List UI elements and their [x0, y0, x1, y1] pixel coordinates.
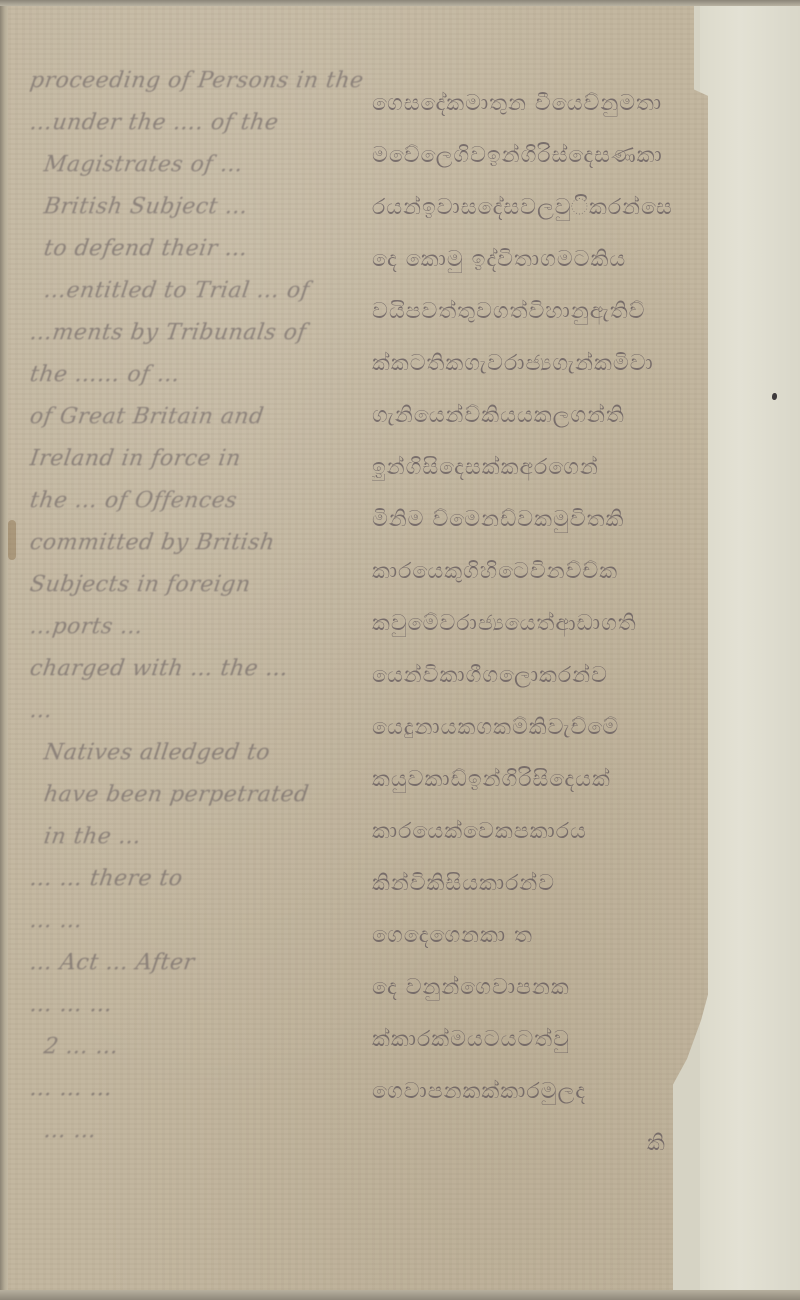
sinhala-line: ගෙදෙගෙනකා ත [372, 910, 722, 962]
sinhala-line: රයන්ඉවාසදේසවලවුිකරන්සෙ [372, 182, 722, 234]
english-line: to defend their … [27, 228, 368, 270]
sinhala-line: ගැනියෙන්ව්කියයකලගන්ති [372, 390, 722, 442]
bottom-page-edge [0, 1290, 800, 1300]
english-line: of Great Britain and [27, 396, 368, 438]
english-line: Ireland in force in [27, 438, 368, 480]
english-line: … … there to [27, 858, 368, 900]
english-line: Subjects in foreign [27, 564, 368, 606]
english-line: … [27, 690, 368, 732]
sinhala-line: ගෙවාපනකක්කාරමුලද [372, 1066, 722, 1118]
english-line: have been perpetrated [27, 774, 368, 816]
english-line: British Subject … [27, 186, 368, 228]
sinhala-line: ගෙසදේකමාතුන වීයෙව්නුමතා [372, 78, 722, 130]
english-line: Natives alledged to [27, 732, 368, 774]
english-line: … … … [27, 984, 368, 1026]
sinhala-line: දෙ කොමු ඉද්විතාගමටකිය [372, 234, 722, 286]
english-line: … … [27, 1110, 368, 1152]
sinhala-line: ක්කාරක්මයටයටත්වු [372, 1014, 722, 1066]
sinhala-line: යෙදුනායකගකම්කිවැච්මේ [372, 702, 722, 754]
sinhala-line: කාරයෙකුගිහිටෙවිනව්ච්ක [372, 546, 722, 598]
sinhala-line: කවුමේවරාජ්‍යයෙත්ආඩාගති [372, 598, 722, 650]
top-page-edge [0, 0, 800, 6]
english-line: … … [27, 900, 368, 942]
sinhala-line: කි [372, 1118, 722, 1170]
sinhala-line: ඉුන්ගිසිදෙසක්කඅරගෙන් [372, 442, 722, 494]
english-line: in the … [27, 816, 368, 858]
english-line: 2 … … [27, 1026, 368, 1068]
english-line: Magistrates of … [27, 144, 368, 186]
ink-spot [772, 393, 777, 400]
sinhala-line: කයුවකාඩ්ඉන්ගිරිසිදෙයක් [372, 754, 722, 806]
sinhala-line: ක්කටතිකගැවරාජ්‍යගැන්කමිවා [372, 338, 722, 390]
english-line: the … of Offences [27, 480, 368, 522]
english-text-column: proceeding of Persons in the …under the … [30, 60, 365, 1152]
sinhala-text-column: ගෙසදේකමාතුන වීයෙව්නුමතා මවේලෙගිවඉන්ගිරිස… [372, 78, 722, 1170]
sinhala-line: දෙ වනුන්ගෙවාපනක [372, 962, 722, 1014]
scanned-document: proceeding of Persons in the …under the … [0, 0, 800, 1300]
sinhala-line: මවේලෙගිවඉන්ගිරිස්දෙසණකා [372, 130, 722, 182]
age-stain [8, 520, 16, 560]
english-line: committed by British [27, 522, 368, 564]
english-line: …ports … [27, 606, 368, 648]
sinhala-line: කාරයෙක්වෙකපකාරය [372, 806, 722, 858]
sinhala-line: වයිපවත්තුවගත්විහානුඇතිව් [372, 286, 722, 338]
binding-edge [0, 0, 8, 1300]
sinhala-line: යෙන්විකාගීගලොකරන්ව [372, 650, 722, 702]
english-line: charged with … the … [27, 648, 368, 690]
english-line: … … … [27, 1068, 368, 1110]
english-line: …ments by Tribunals of [27, 312, 368, 354]
sinhala-line: කින්විකිසියකාරන්ව [372, 858, 722, 910]
english-line: proceeding of Persons in the [27, 60, 368, 102]
sinhala-line: මිනිම ව්මෙනඩ්වකමුවිතකි [372, 494, 722, 546]
english-line: …under the …. of the [27, 102, 368, 144]
english-line: … Act … After [27, 942, 368, 984]
english-line: …entitled to Trial … of [27, 270, 368, 312]
english-line: the …… of … [27, 354, 368, 396]
